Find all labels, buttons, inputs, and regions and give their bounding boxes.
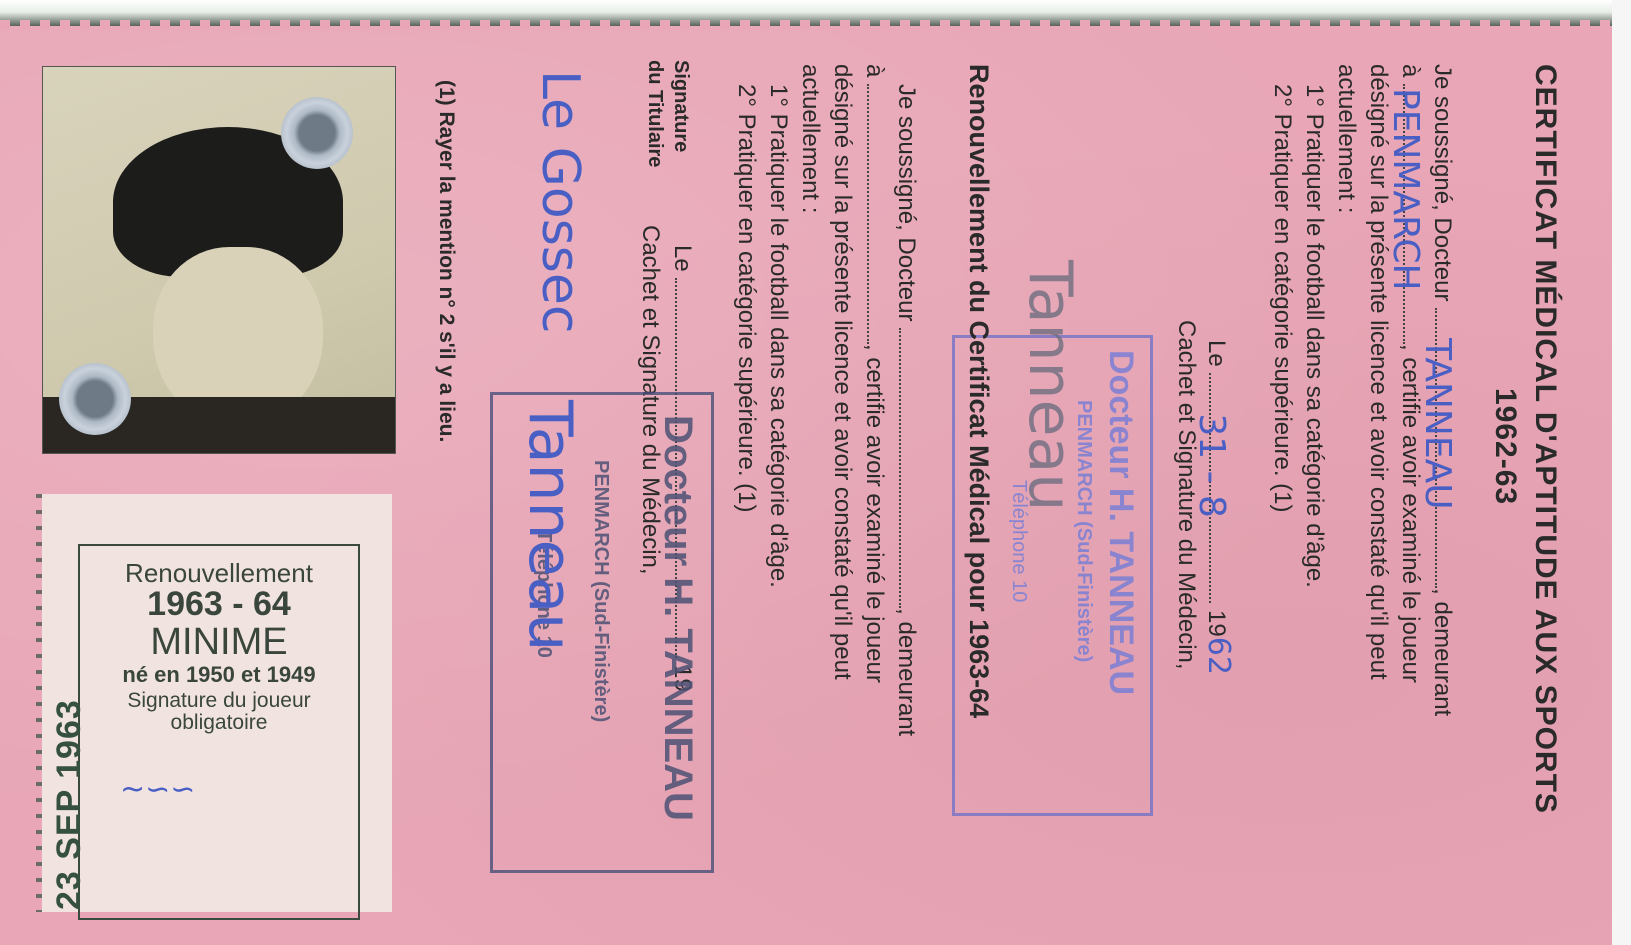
section1-date: Le 31 - 8 1962 — [1200, 340, 1234, 675]
section2-line2: à , certifie avoir examiné le joueur — [858, 64, 890, 683]
date-field[interactable]: 31 - 8 — [1209, 373, 1211, 603]
section2-option1: 1° Pratiquer le football dans sa catégor… — [762, 84, 794, 588]
holder-signature-label-1: Signature — [668, 60, 694, 152]
doctor-signature-2: Tanneau — [515, 400, 585, 651]
grommet-icon — [59, 363, 131, 435]
renewal-stamp-season: 1963 - 64 — [80, 587, 358, 623]
section1-line1: Je soussigné, Docteur TANNEAU, demeurant — [1426, 64, 1458, 716]
section1-line4: actuellement : — [1330, 64, 1362, 213]
renewal-heading: Renouvellement du Certificat Médical pou… — [963, 64, 995, 718]
section2-line3: désigné sur la présente licence et avoir… — [826, 64, 858, 680]
renewal-stamp-note-1: Signature du joueur — [80, 690, 358, 712]
city-field[interactable]: PENMARCH — [1403, 84, 1405, 344]
holder-signature-label-2: du Titulaire — [642, 60, 668, 167]
section1-line3: désigné sur la présente licence et avoir… — [1362, 64, 1394, 680]
renewal-stamp-category: MINIME — [80, 623, 358, 663]
player-signature: ~∽∽ — [80, 774, 358, 806]
doctor-name-field[interactable]: TANNEAU — [1435, 308, 1437, 588]
certificate-title: CERTIFICAT MÉDICAL D'APTITUDE AUX SPORTS — [1528, 64, 1562, 814]
section2-city-field[interactable] — [867, 84, 869, 344]
section2-line4: actuellement : — [794, 64, 826, 213]
renewal-stamp-label: Renouvellement — [80, 560, 358, 587]
certificate-season: 1962-63 — [1488, 388, 1522, 505]
section2-option2: 2° Pratiquer en catégorie supérieure. (1… — [730, 84, 762, 513]
doctor-stamp-2-name: Docteur H. TANNEAU — [655, 415, 700, 821]
grommet-icon — [281, 97, 353, 169]
holder-photo — [42, 66, 396, 454]
section1-option2: 2° Pratiquer en catégorie supérieure. (1… — [1266, 84, 1298, 513]
scan-margin — [1612, 0, 1631, 945]
section2-doctor-field[interactable] — [899, 328, 901, 608]
holder-signature: Le Gossec — [530, 70, 590, 333]
section1-option1: 1° Pratiquer le football dans sa catégor… — [1298, 84, 1330, 588]
doctor-stamp-1-name: Docteur H. TANNEAU — [1101, 350, 1140, 695]
doctor-signature-1: Tanneau — [1015, 260, 1085, 511]
renewal-stamp: Renouvellement 1963 - 64 MINIME né en 19… — [42, 494, 392, 912]
renewal-stamp-born: né en 1950 et 1949 — [80, 663, 358, 686]
section1-line2: à PENMARCH, certifie avoir examiné le jo… — [1394, 64, 1426, 683]
renewal-stamp-note-2: obligatoire — [80, 712, 358, 734]
section2-line1: Je soussigné, Docteur , demeurant — [890, 84, 922, 736]
date-stamp: 23 SEP 1963 — [50, 699, 89, 910]
doctor-stamp-2-city: PENMARCH (Sud-Finistère) — [589, 460, 612, 722]
footnote: (1) Rayer la mention n° 2 s'il y a lieu. — [430, 80, 462, 442]
section1-signature-label: Cachet et Signature du Médecin, — [1170, 320, 1202, 670]
renewal-stamp-frame: Renouvellement 1963 - 64 MINIME né en 19… — [78, 544, 360, 920]
serrated-edge — [0, 20, 1631, 30]
